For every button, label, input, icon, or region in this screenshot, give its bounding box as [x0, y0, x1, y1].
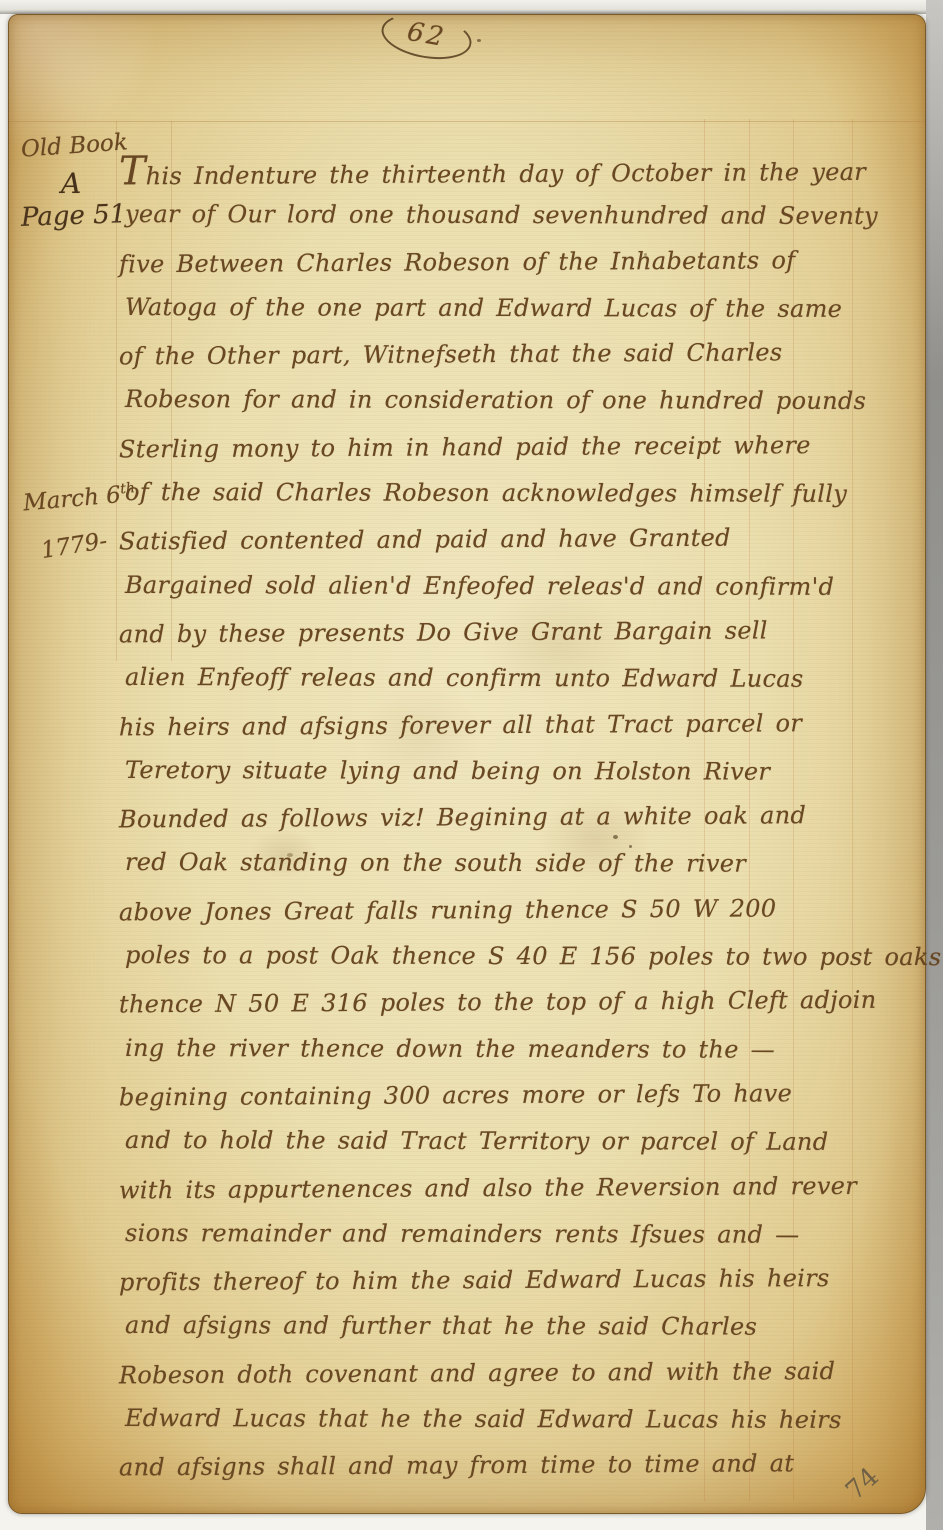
margin-note-book-letter: A	[61, 167, 81, 200]
manuscript-line: Bounded as follows viz! Begining at a wh…	[119, 792, 903, 843]
manuscript-line: thence N 50 E 316 poles to the top of a …	[119, 977, 903, 1028]
document-scan: 62 Old Book A Page 51 March 6th 1779- Th…	[0, 0, 943, 1530]
manuscript-line: Bargained sold alien'd Enfeofed releas'd…	[119, 562, 903, 610]
manuscript-line: alien Enfeoff releas and confirm unto Ed…	[119, 654, 903, 702]
manuscript-line: year of Our lord one thousand sevenhundr…	[119, 191, 903, 239]
manuscript-line: This Indenture the thirteenth day of Oct…	[119, 144, 903, 195]
ink-speck	[613, 835, 618, 839]
manuscript-line: with its appurtenences and also the Reve…	[119, 1162, 903, 1213]
manuscript-line: five Between Charles Robeson of the Inha…	[119, 236, 903, 287]
manuscript-line: Edward Lucas that he the said Edward Luc…	[119, 1395, 903, 1443]
margin-note-old-book: Old Book	[20, 129, 128, 162]
ink-speck	[477, 39, 481, 42]
manuscript-line: red Oak standing on the south side of th…	[119, 839, 903, 887]
manuscript-line: sions remainder and remainders rents Ifs…	[119, 1210, 903, 1258]
scan-edge-top	[0, 0, 943, 14]
scan-edge-right	[926, 0, 943, 1530]
manuscript-line: profits thereof to him the said Edward L…	[119, 1255, 903, 1306]
manuscript-line: above Jones Great falls runing thence S …	[119, 884, 903, 935]
margin-date-text: March 6	[22, 482, 122, 516]
manuscript-line: Watoga of the one part and Edward Lucas …	[119, 284, 903, 332]
manuscript-line: begining containing 300 acres more or le…	[119, 1070, 903, 1121]
manuscript-line: and to hold the said Tract Territory or …	[119, 1117, 903, 1165]
deed-text-block: This Indenture the thirteenth day of Oct…	[119, 146, 903, 1489]
manuscript-line: and by these presents Do Give Grant Barg…	[119, 607, 903, 658]
manuscript-line: Teretory situate lying and being on Hols…	[119, 747, 903, 795]
manuscript-line: Sterling mony to him in hand paid the re…	[119, 421, 903, 472]
manuscript-line: and afsigns shall and may from time to t…	[119, 1440, 903, 1491]
manuscript-line: of the said Charles Robeson acknowledges…	[119, 469, 903, 517]
manuscript-line: and afsigns and further that he the said…	[119, 1302, 903, 1350]
margin-note-page-ref: Page 51	[21, 199, 127, 233]
manuscript-page: 62 Old Book A Page 51 March 6th 1779- Th…	[8, 14, 926, 1514]
ink-smudge	[287, 853, 293, 857]
manuscript-line: his heirs and afsigns forever all that T…	[119, 699, 903, 750]
ink-speck	[644, 253, 647, 256]
manuscript-line: Robeson doth covenant and agree to and w…	[119, 1347, 903, 1398]
manuscript-line: ing the river thence down the meanders t…	[119, 1025, 903, 1073]
margin-note-year: 1779-	[39, 528, 109, 564]
header-rule-line	[9, 121, 925, 122]
page-number-top: 62	[381, 15, 472, 58]
manuscript-line: of the Other part, Witnefseth that the s…	[119, 329, 903, 380]
manuscript-line: poles to a post Oak thence S 40 E 156 po…	[119, 932, 903, 980]
ink-speck	[629, 845, 632, 848]
page-number-oval-icon: 62	[378, 7, 475, 65]
manuscript-line: Robeson for and in consideration of one …	[119, 376, 903, 424]
manuscript-line: Satisfied contented and paid and have Gr…	[119, 514, 903, 565]
